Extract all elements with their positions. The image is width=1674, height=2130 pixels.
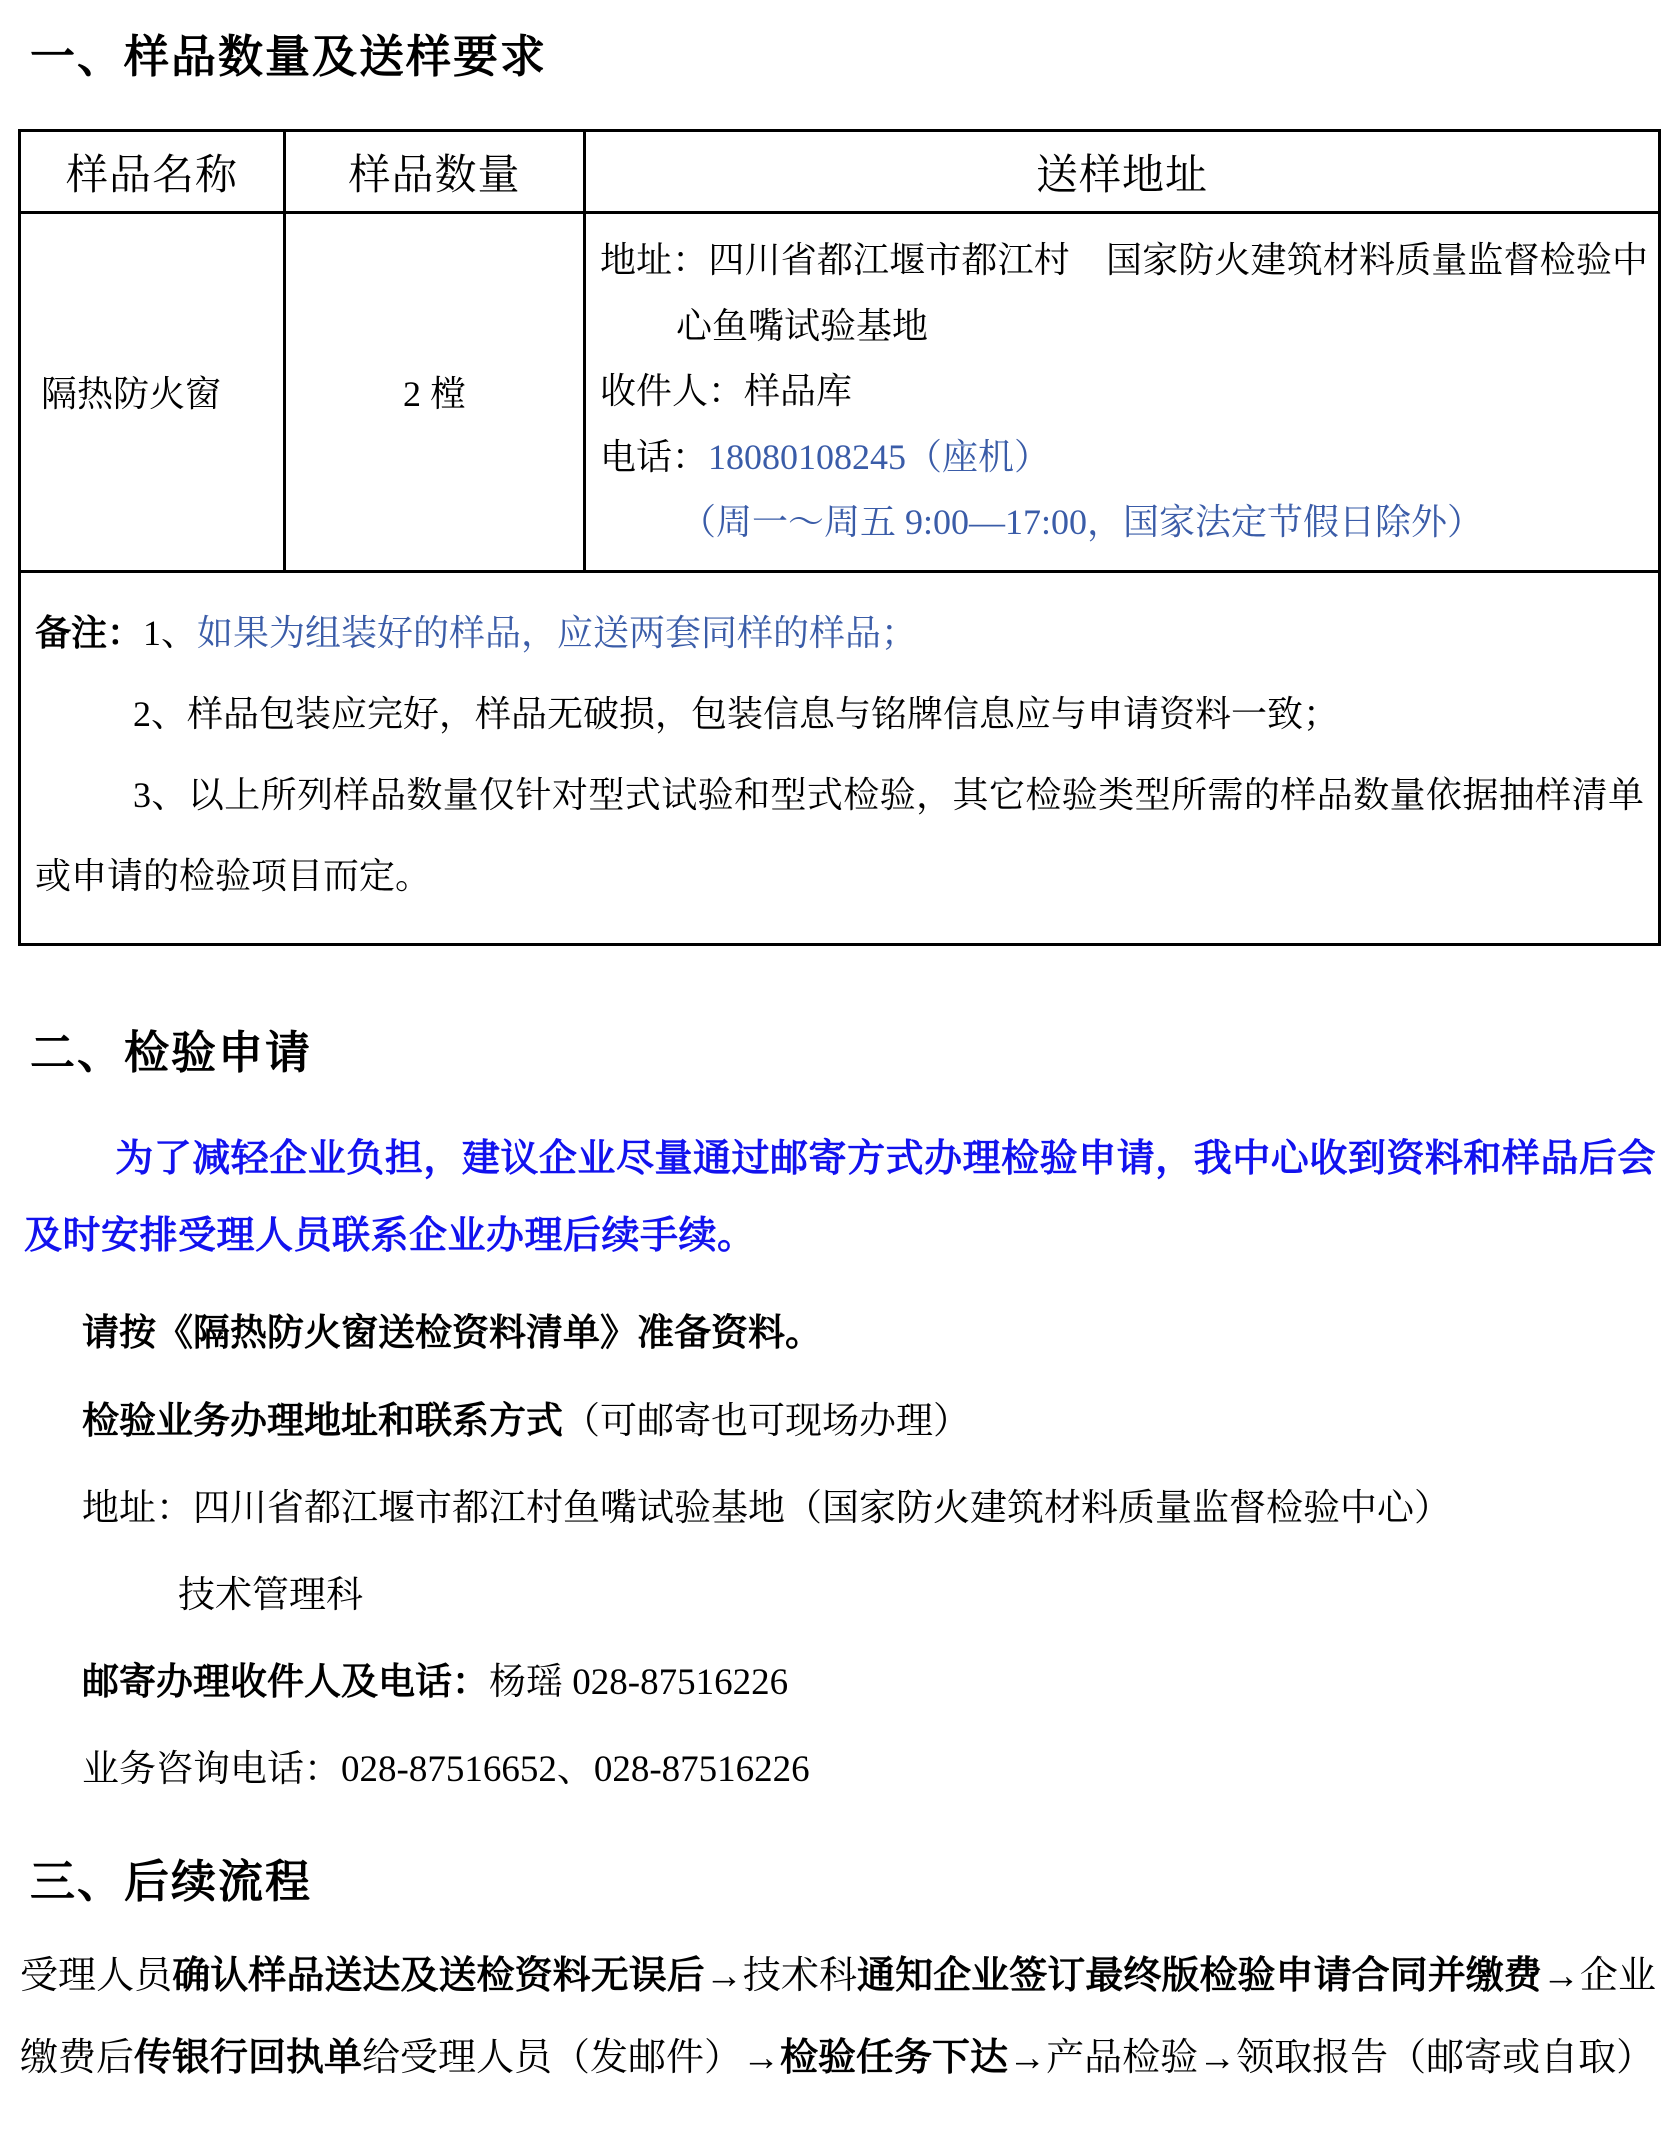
flow-segment: 传银行回执单 (134, 2037, 362, 2079)
col-header-sample-name: 样品名称 (20, 131, 285, 213)
phone-hours: （周一～周五 9:00—17:00，国家法定节假日除外） (600, 490, 1648, 556)
flow-segment: →技术科 (705, 1955, 857, 1997)
note-1-text: 如果为组装好的样品，应送两套同样的样品； (197, 613, 917, 653)
note-3: 3、以上所列样品数量仅针对型式试验和型式检验，其它检验类型所需的样品数量依据抽样… (35, 755, 1644, 917)
contact-heading: 检验业务办理地址和联系方式 (82, 1401, 563, 1442)
flow-segment: 给受理人员（发邮件）→ (362, 2037, 780, 2079)
sample-quantity-value: 2 樘 (285, 213, 585, 572)
mail-contact-line: 邮寄办理收件人及电话：杨瑶 028-87516226 (82, 1653, 1656, 1712)
flow-segment: 检验任务下达 (780, 2037, 1008, 2079)
sample-table: 样品名称 样品数量 送样地址 隔热防火窗 2 樘 地址：四川省都江堰市都江村 国… (18, 129, 1661, 946)
flow-segment: 通知企业签订最终版检验申请合同并缴费 (857, 1955, 1542, 1997)
mail-contact-label: 邮寄办理收件人及电话： (82, 1662, 489, 1703)
document-page: 一、样品数量及送样要求 样品名称 样品数量 送样地址 隔热防火窗 2 樘 地址：… (18, 20, 1656, 2100)
table-row: 隔热防火窗 2 樘 地址：四川省都江堰市都江村 国家防火建筑材料质量监督检验中心… (20, 213, 1660, 572)
note-label: 备注： (35, 613, 143, 653)
col-header-delivery-address: 送样地址 (585, 131, 1660, 213)
table-notes-row: 备注：1、如果为组装好的样品，应送两套同样的样品； 2、样品包装应完好，样品无破… (20, 571, 1660, 944)
section2-title: 二、检验申请 (30, 1016, 1656, 1081)
consult-phone-line: 业务咨询电话：028-87516652、028-87516226 (82, 1740, 1656, 1799)
phone-label: 电话： (600, 437, 708, 477)
note-2: 2、样品包装应完好，样品无破损，包装信息与铭牌信息应与申请资料一致； (35, 674, 1644, 755)
note-1: 备注：1、如果为组装好的样品，应送两套同样的样品； (35, 593, 1644, 674)
mail-contact-value: 杨瑶 028-87516226 (489, 1662, 788, 1703)
contact-heading-line: 检验业务办理地址和联系方式（可邮寄也可现场办理） (82, 1392, 1656, 1451)
flow-segment: 受理人员 (20, 1955, 172, 1997)
flow-segment: 确认样品送达及送检资料无误后 (172, 1955, 705, 1997)
mailing-notice: 为了减轻企业负担，建议企业尽量通过邮寄方式办理检验申请，我中心收到资料和样品后会… (24, 1121, 1656, 1277)
delivery-address-cell: 地址：四川省都江堰市都江村 国家防火建筑材料质量监督检验中心鱼嘴试验基地 收件人… (585, 213, 1660, 572)
sample-name-value: 隔热防火窗 (20, 213, 285, 572)
contact-heading-note: （可邮寄也可现场办理） (563, 1401, 970, 1442)
col-header-sample-quantity: 样品数量 (285, 131, 585, 213)
phone-line: 电话：18080108245（座机） (600, 425, 1648, 491)
flow-segment: →产品检验→领取报告（邮寄或自取） (1008, 2037, 1654, 2079)
prepare-materials-line: 请按《隔热防火窗送检资料清单》准备资料。 (82, 1304, 1656, 1363)
notes-cell: 备注：1、如果为组装好的样品，应送两套同样的样品； 2、样品包装应完好，样品无破… (20, 571, 1660, 944)
section1-title: 一、样品数量及送样要求 (30, 20, 1656, 85)
followup-flow-text: 受理人员确认样品送达及送检资料无误后→技术科通知企业签订最终版检验申请合同并缴费… (20, 1936, 1656, 2099)
office-address-line1: 地址：四川省都江堰市都江村鱼嘴试验基地（国家防火建筑材料质量监督检验中心） (82, 1479, 1656, 1538)
note-1-number: 1、 (143, 613, 197, 653)
recipient-text: 收件人：样品库 (600, 359, 1648, 425)
office-address-line2: 技术管理科 (178, 1566, 1656, 1625)
delivery-address-text: 地址：四川省都江堰市都江村 国家防火建筑材料质量监督检验中心鱼嘴试验基地 (600, 228, 1648, 359)
table-header-row: 样品名称 样品数量 送样地址 (20, 131, 1660, 213)
section3-title: 三、后续流程 (30, 1845, 1656, 1910)
phone-number: 18080108245（座机） (708, 437, 1050, 477)
